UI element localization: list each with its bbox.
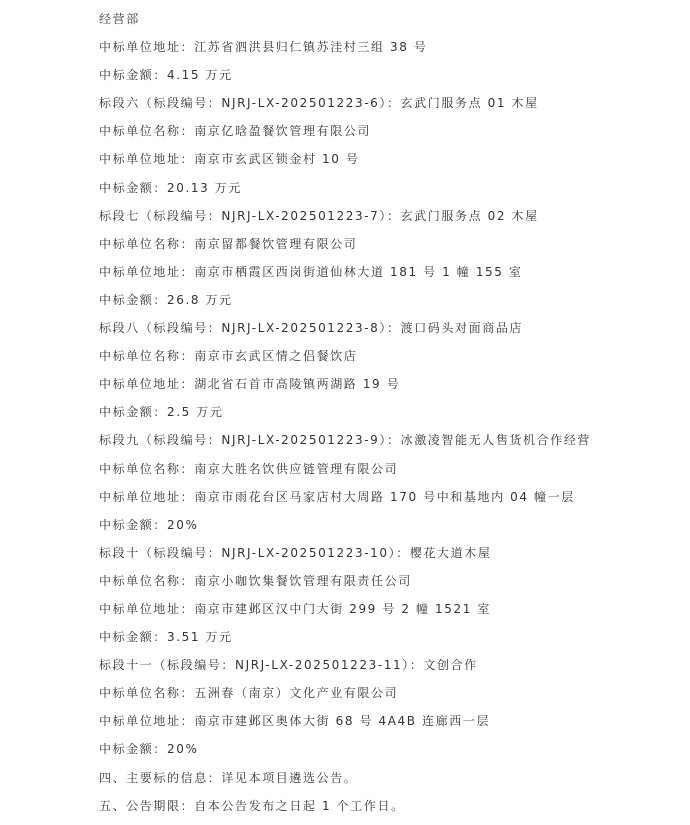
- lot-6-heading: 标段六（标段编号：NJRJ-LX-202501223-6）：玄武门服务点 01 …: [99, 93, 670, 121]
- winning-amount: 中标金额：20%: [99, 515, 670, 543]
- section-4-subject-info: 四、主要标的信息：详见本项目遴选公告。: [99, 768, 670, 796]
- winner-name: 中标单位名称：南京大胜名饮供应链管理有限公司: [99, 459, 670, 487]
- winning-amount: 中标金额：20.13 万元: [99, 178, 670, 206]
- winning-amount: 中标金额：26.8 万元: [99, 290, 670, 318]
- winner-address: 中标单位地址：南京市栖霞区西岗街道仙林大道 181 号 1 幢 155 室: [99, 262, 670, 290]
- winner-address: 中标单位地址：南京市建邺区汉中门大街 299 号 2 幢 1521 室: [99, 599, 670, 627]
- winner-name: 中标单位名称：南京市玄武区情之侣餐饮店: [99, 346, 670, 374]
- lot-11-heading: 标段十一（标段编号：NJRJ-LX-202501223-11）：文创合作: [99, 655, 670, 683]
- winner-address: 中标单位地址：南京市建邺区奥体大街 68 号 4A4B 连廊西一层: [99, 711, 670, 739]
- winner-name: 中标单位名称：五洲春（南京）文化产业有限公司: [99, 683, 670, 711]
- winner-name: 中标单位名称：南京留都餐饮管理有限公司: [99, 234, 670, 262]
- lot-10-heading: 标段十（标段编号：NJRJ-LX-202501223-10）：樱花大道木屋: [99, 543, 670, 571]
- lot-7-heading: 标段七（标段编号：NJRJ-LX-202501223-7）：玄武门服务点 02 …: [99, 206, 670, 234]
- winner-address: 中标单位地址：南京市玄武区锁金村 10 号: [99, 149, 670, 177]
- winner-name: 中标单位名称：南京亿晗盈餐饮管理有限公司: [99, 121, 670, 149]
- text-line: 经营部: [99, 9, 670, 37]
- winning-amount: 中标金额：2.5 万元: [99, 402, 670, 430]
- winning-amount: 中标金额：4.15 万元: [99, 65, 670, 93]
- winner-address: 中标单位地址：南京市雨花台区马家店村大周路 170 号中和基地内 04 幢一层: [99, 487, 670, 515]
- winning-amount: 中标金额：20%: [99, 739, 670, 767]
- winner-name: 中标单位名称：南京小咖饮集餐饮管理有限责任公司: [99, 571, 670, 599]
- section-5-notice-period: 五、公告期限：自本公告发布之日起 1 个工作日。: [99, 796, 670, 824]
- announcement-document: 经营部 中标单位地址：江苏省泗洪县归仁镇苏洼村三组 38 号 中标金额：4.15…: [99, 9, 670, 824]
- lot-9-heading: 标段九（标段编号：NJRJ-LX-202501223-9）：冰激凌智能无人售货机…: [99, 430, 670, 458]
- lot-8-heading: 标段八（标段编号：NJRJ-LX-202501223-8）：渡口码头对面商品店: [99, 318, 670, 346]
- winning-amount: 中标金额：3.51 万元: [99, 627, 670, 655]
- winner-address: 中标单位地址：湖北省石首市高陵镇两湖路 19 号: [99, 374, 670, 402]
- winner-address: 中标单位地址：江苏省泗洪县归仁镇苏洼村三组 38 号: [99, 37, 670, 65]
